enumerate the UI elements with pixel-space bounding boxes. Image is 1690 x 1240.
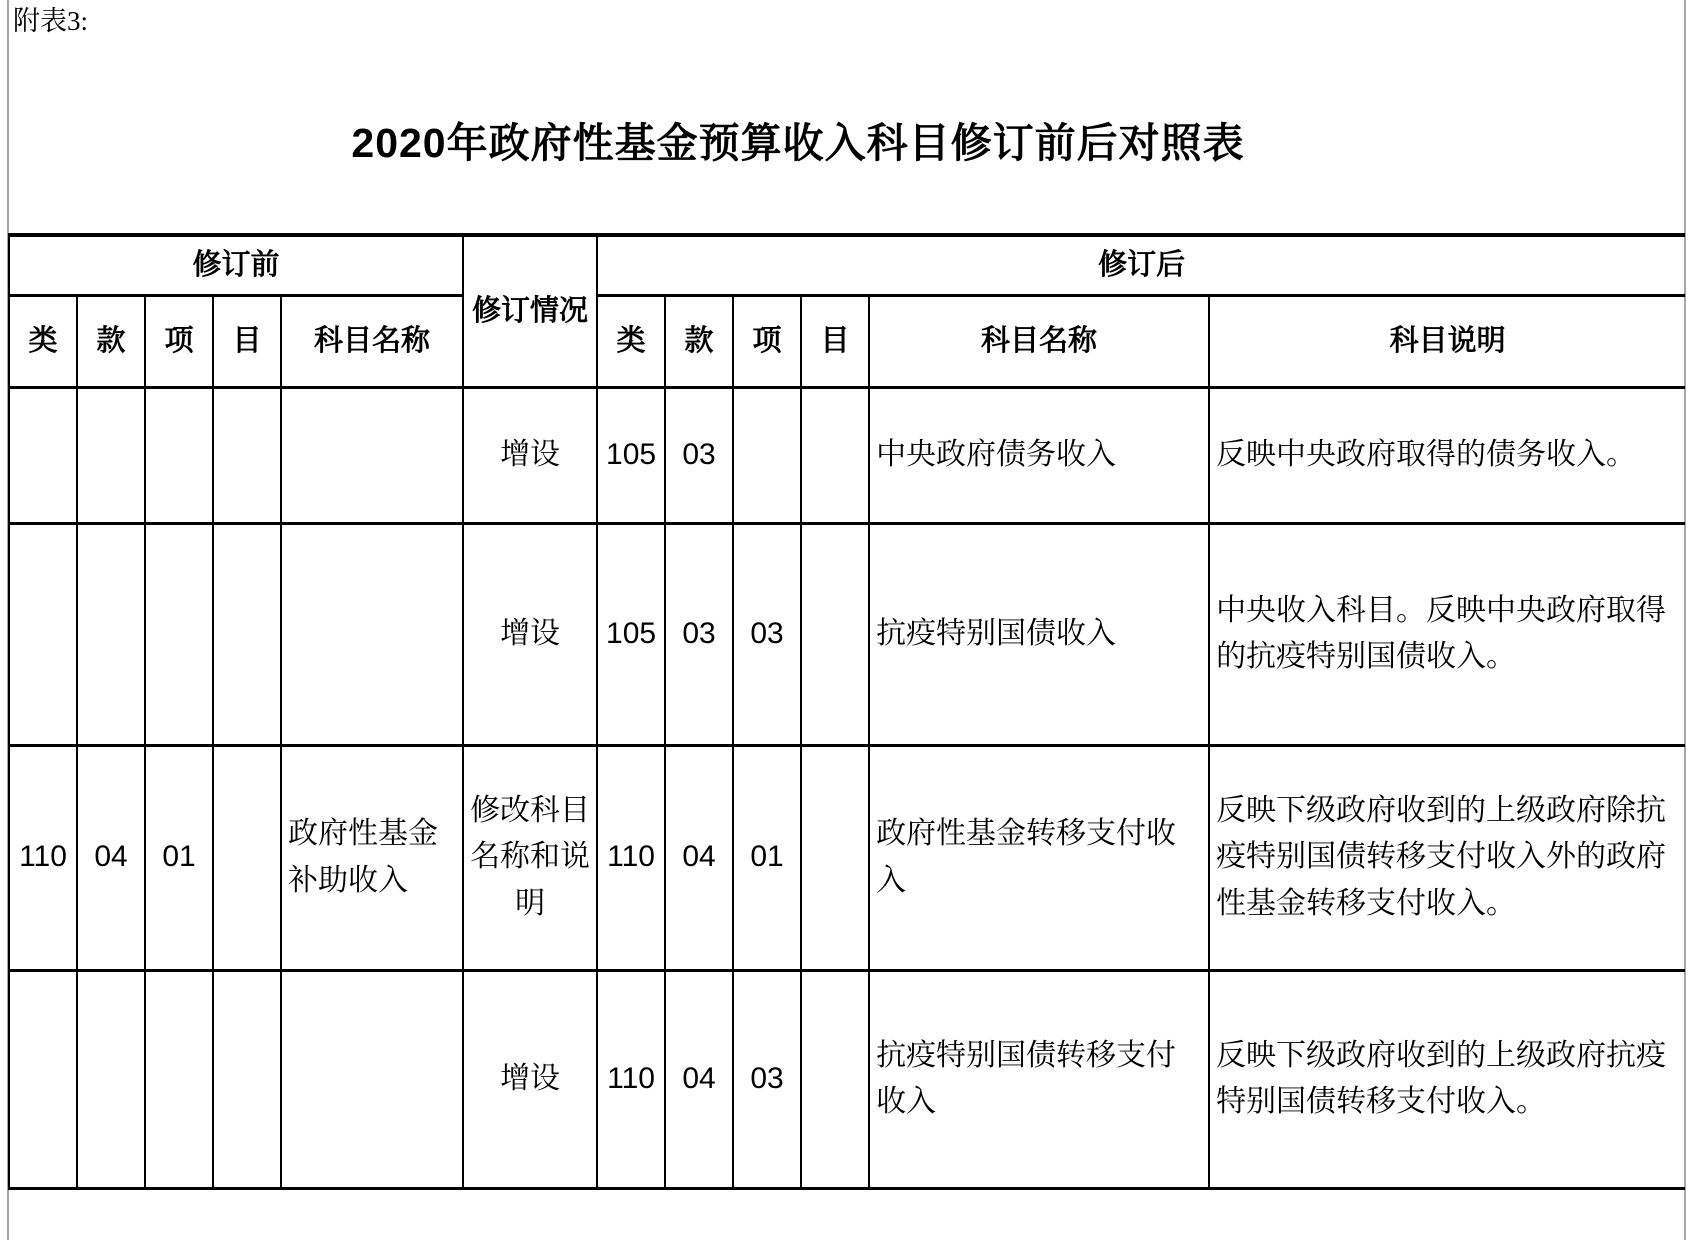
column-header: 项 xyxy=(145,295,213,387)
table-cell: 增设 xyxy=(463,523,597,745)
table-cell xyxy=(801,387,869,523)
column-header: 类 xyxy=(597,295,665,387)
table-cell xyxy=(145,523,213,745)
table-cell xyxy=(213,523,281,745)
table-cell xyxy=(77,523,145,745)
table-cell: 03 xyxy=(733,970,801,1188)
column-header: 目 xyxy=(801,295,869,387)
table-cell: 105 xyxy=(597,523,665,745)
table-cell xyxy=(77,387,145,523)
table-cell xyxy=(9,523,77,745)
table-cell xyxy=(213,970,281,1188)
table-cell xyxy=(801,523,869,745)
table-cell: 政府性基金补助收入 xyxy=(281,745,463,970)
table-cell xyxy=(9,970,77,1188)
table-cell xyxy=(145,970,213,1188)
table-cell: 01 xyxy=(733,745,801,970)
table-cell: 110 xyxy=(597,745,665,970)
table-cell: 03 xyxy=(665,387,733,523)
column-header: 科目名称 xyxy=(869,295,1209,387)
table-cell: 03 xyxy=(733,523,801,745)
table-cell: 04 xyxy=(77,745,145,970)
table-cell: 110 xyxy=(597,970,665,1188)
table-cell: 增设 xyxy=(463,387,597,523)
table-row: 增设 105 03 中央政府债务收入 反映中央政府取得的债务收入。 xyxy=(9,387,1685,523)
table-cell: 反映下级政府收到的上级政府除抗疫特别国债转移支付收入外的政府性基金转移支付收入。 xyxy=(1209,745,1685,970)
column-header: 类 xyxy=(9,295,77,387)
table-cell: 抗疫特别国债转移支付收入 xyxy=(869,970,1209,1188)
group-header-status: 修订情况 xyxy=(463,235,597,387)
table-cell: 04 xyxy=(665,970,733,1188)
table-cell xyxy=(213,745,281,970)
column-header: 款 xyxy=(665,295,733,387)
table-row: 增设 105 03 03 抗疫特别国债收入 中央收入科目。反映中央政府取得的抗疫… xyxy=(9,523,1685,745)
table-cell xyxy=(281,970,463,1188)
table-cell: 修改科目名称和说明 xyxy=(463,745,597,970)
column-header: 款 xyxy=(77,295,145,387)
table-cell: 105 xyxy=(597,387,665,523)
group-header-after: 修订后 xyxy=(597,235,1685,295)
document-page: 附表3: 2020年政府性基金预算收入科目修订前后对照表 修订前 修订情况 修订… xyxy=(0,0,1690,1240)
table-cell: 政府性基金转移支付收入 xyxy=(869,745,1209,970)
table-cell xyxy=(145,387,213,523)
table-cell xyxy=(801,970,869,1188)
group-header-before: 修订前 xyxy=(9,235,463,295)
column-header: 目 xyxy=(213,295,281,387)
table-cell: 中央政府债务收入 xyxy=(869,387,1209,523)
comparison-table: 修订前 修订情况 修订后 类 款 项 目 科目名称 类 款 项 目 科目名称 科… xyxy=(8,233,1685,1190)
table-cell: 110 xyxy=(9,745,77,970)
table-cell: 增设 xyxy=(463,970,597,1188)
table-cell: 反映中央政府取得的债务收入。 xyxy=(1209,387,1685,523)
table-cell: 03 xyxy=(665,523,733,745)
table-cell: 01 xyxy=(145,745,213,970)
column-header: 科目名称 xyxy=(281,295,463,387)
column-header-row: 类 款 项 目 科目名称 类 款 项 目 科目名称 科目说明 xyxy=(9,295,1685,387)
table-row: 110 04 01 政府性基金补助收入 修改科目名称和说明 110 04 01 … xyxy=(9,745,1685,970)
table-cell: 04 xyxy=(665,745,733,970)
table-cell xyxy=(77,970,145,1188)
table-cell xyxy=(801,745,869,970)
column-header: 项 xyxy=(733,295,801,387)
table-row: 增设 110 04 03 抗疫特别国债转移支付收入 反映下级政府收到的上级政府抗… xyxy=(9,970,1685,1188)
table-cell: 中央收入科目。反映中央政府取得的抗疫特别国债收入。 xyxy=(1209,523,1685,745)
table-cell xyxy=(281,523,463,745)
table-cell xyxy=(281,387,463,523)
table-cell xyxy=(213,387,281,523)
table-cell xyxy=(9,387,77,523)
column-header: 科目说明 xyxy=(1209,295,1685,387)
annex-label: 附表3: xyxy=(13,4,88,39)
page-title: 2020年政府性基金预算收入科目修订前后对照表 xyxy=(8,110,1588,169)
table-cell: 反映下级政府收到的上级政府抗疫特别国债转移支付收入。 xyxy=(1209,970,1685,1188)
group-header-row: 修订前 修订情况 修订后 xyxy=(9,235,1685,295)
table-cell xyxy=(733,387,801,523)
table-cell: 抗疫特别国债收入 xyxy=(869,523,1209,745)
